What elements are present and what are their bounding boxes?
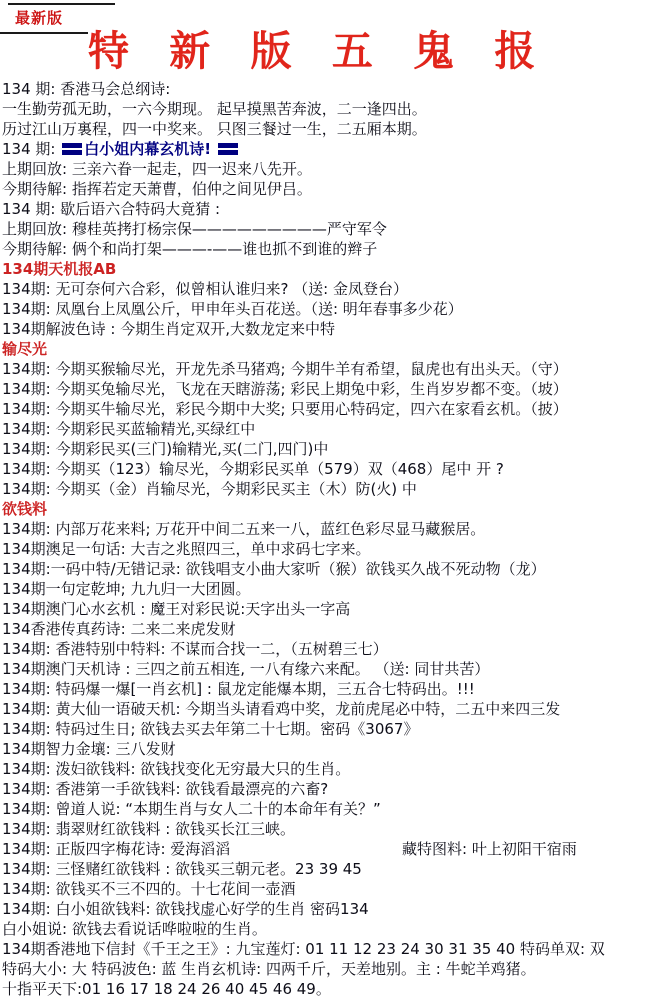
issue-prefix: 134 期:: [2, 140, 60, 158]
text-line: 134期:一码中特/无错记录: 欲钱唱支小曲大家听（猴）欲钱买久战不死动物（龙）: [2, 559, 668, 579]
text-line: 上期回放: 三亲六眷一起走，四一迟来八先开。: [2, 159, 668, 179]
text-line: 134期: 今期彩民买蓝输精光,买绿红中: [2, 419, 668, 439]
left-column-text: 134期: 正版四字梅花诗: 爱海滔滔: [2, 840, 230, 858]
double-bar-icon: [218, 143, 238, 155]
text-line: 134期: 翡翠财红欲钱料 : 欲钱买长江三峡。: [2, 819, 668, 839]
text-line: 134期: 今期买兔输尽光，飞龙在天瞎游荡; 彩民上期兔中彩，生肖岁岁都不变。（…: [2, 379, 668, 399]
badge-top-rule: [8, 3, 115, 5]
section-header-line: 欲钱料: [2, 499, 668, 519]
latest-edition-badge: 最新版: [15, 7, 63, 28]
text-line: 134期: 香港第一手欲钱料: 欲钱看最漂亮的六畜?: [2, 779, 668, 799]
section-header-line: 输尽光: [2, 339, 668, 359]
right-column-text: 藏特图料: 叶上初阳干宿雨: [402, 839, 577, 859]
text-line: 134期: 特码过生日; 欲钱去买去年第二十七期。密码《3067》: [2, 719, 668, 739]
text-line: 十指平天下:01 16 17 18 24 26 40 45 46 49。: [2, 979, 668, 996]
text-line: 134期智力金壤: 三八发财: [2, 739, 668, 759]
five-ghost-report-page: 最新版 特 新 版 五 鬼 报 134 期: 香港马会总纲诗:一生勤劳孤无助，一…: [0, 0, 670, 996]
text-line: 134期一句定乾坤; 九九归一大团圆。: [2, 579, 668, 599]
text-line: 134期: 无可奈何六合彩，似曾相认谁归来? （送: 金凤登台）: [2, 279, 668, 299]
text-line: 134期: 香港特别中特料: 不谋而合找一二，（五树碧三七）: [2, 639, 668, 659]
double-bar-icon: [62, 143, 82, 155]
text-line: 特码大小: 大 特码波色: 蓝 生肖玄机诗: 四两千斤，天差地别。主 : 牛蛇羊…: [2, 959, 668, 979]
text-line: 一生勤劳孤无助，一六今期现。 起早摸黑苦奔波，二一逢四出。: [2, 99, 668, 119]
text-line: 134期: 今期彩民买(三门)输精光,买(二门,四门)中: [2, 439, 668, 459]
text-line: 134期澳足一句话: 大吉之兆照四三，单中求码七字来。: [2, 539, 668, 559]
text-line: 134期澳门天机诗 : 三四之前五相连, 一八有缘六来配。 （送: 同甘共苦）: [2, 659, 668, 679]
text-line: 134期: 欲钱买不三不四的。十七花间一壶酒: [2, 879, 668, 899]
section-header-line: 134期天机报AB: [2, 259, 668, 279]
text-lines-container: 134 期: 香港马会总纲诗:一生勤劳孤无助，一六今期现。 起早摸黑苦奔波，二一…: [2, 79, 668, 996]
text-line: 白小姐说: 欲钱去看说话哗啦啦的生肖。: [2, 919, 668, 939]
text-line: 历过江山万裏程，四一中奖来。 只图三餐过一生，二五厢本期。: [2, 119, 668, 139]
text-line: 134 期: 歇后语六合特码大竟猜 :: [2, 199, 668, 219]
text-line: 134期: 今期买（123）输尽光，今期彩民买单（579）双（468）尾中 开 …: [2, 459, 668, 479]
text-line: 今期待解: 指挥若定天萧曹，伯仲之间见伊吕。: [2, 179, 668, 199]
text-line: 134期: 白小姐欲钱料: 欲钱找虚心好学的生肖 密码134: [2, 899, 668, 919]
text-line: 134香港传真药诗: 二来二来虎发财: [2, 619, 668, 639]
text-line: 134期澳门心水玄机 : 魔王对彩民说:天字出头一字高: [2, 599, 668, 619]
page-title: 特 新 版 五 鬼 报: [88, 18, 540, 77]
text-line: 134期: 内部万花来料; 万花开中间二五来一八，蓝红色彩尽显马藏猴居。: [2, 519, 668, 539]
text-line: 134期: 凤凰台上凤凰公斤，甲申年头百花送。（送: 明年春事多少花）: [2, 299, 668, 319]
text-line: 134期: 今期买（金）肖输尽光，今期彩民买主（木）防(火) 中: [2, 479, 668, 499]
text-line: 134期: 曾道人说: “本期生肖与女人二十的本命年有关？”: [2, 799, 668, 819]
text-line: 134期: 特码爆一爆[一肖玄机] : 鼠龙定能爆本期，三五合七特码出。!!!: [2, 679, 668, 699]
text-line: 上期回放: 穆桂英拷打杨宗保—————————严守军令: [2, 219, 668, 239]
text-line: 134 期: 白小姐内幕玄机诗!: [2, 139, 668, 159]
text-line: 134期香港地下信封《千王之王》: 九宝莲灯: 01 11 12 23 24 3…: [2, 939, 668, 959]
text-line: 134期: 三怪赌红欲钱料 : 欲钱买三朝元老。23 39 45: [2, 859, 668, 879]
navy-headline: 白小姐内幕玄机诗!: [84, 140, 211, 158]
text-line: 134期: 正版四字梅花诗: 爱海滔滔藏特图料: 叶上初阳干宿雨: [2, 839, 668, 859]
text-line: 134期: 今期买牛输尽光，彩民今期中大奖; 只要用心特码定，四六在家看玄机。（…: [2, 399, 668, 419]
text-line: 今期待解: 俩个和尚打架———-——谁也抓不到谁的辫子: [2, 239, 668, 259]
text-line: 134期: 黄大仙一语破天机: 今期当头请看鸡中奖，龙前虎尾必中特，二五中来四三…: [2, 699, 668, 719]
text-line: 134期: 泼妇欲钱料: 欲钱找变化无穷最大只的生肖。: [2, 759, 668, 779]
text-line: 134期解波色诗 : 今期生肖定双开,大数龙定来中特: [2, 319, 668, 339]
text-line: 134期: 今期买猴输尽光，开龙先杀马猪鸡; 今期牛羊有希望，鼠虎也有出头天。（…: [2, 359, 668, 379]
text-line: 134 期: 香港马会总纲诗:: [2, 79, 668, 99]
badge-bottom-rule: [0, 32, 88, 34]
